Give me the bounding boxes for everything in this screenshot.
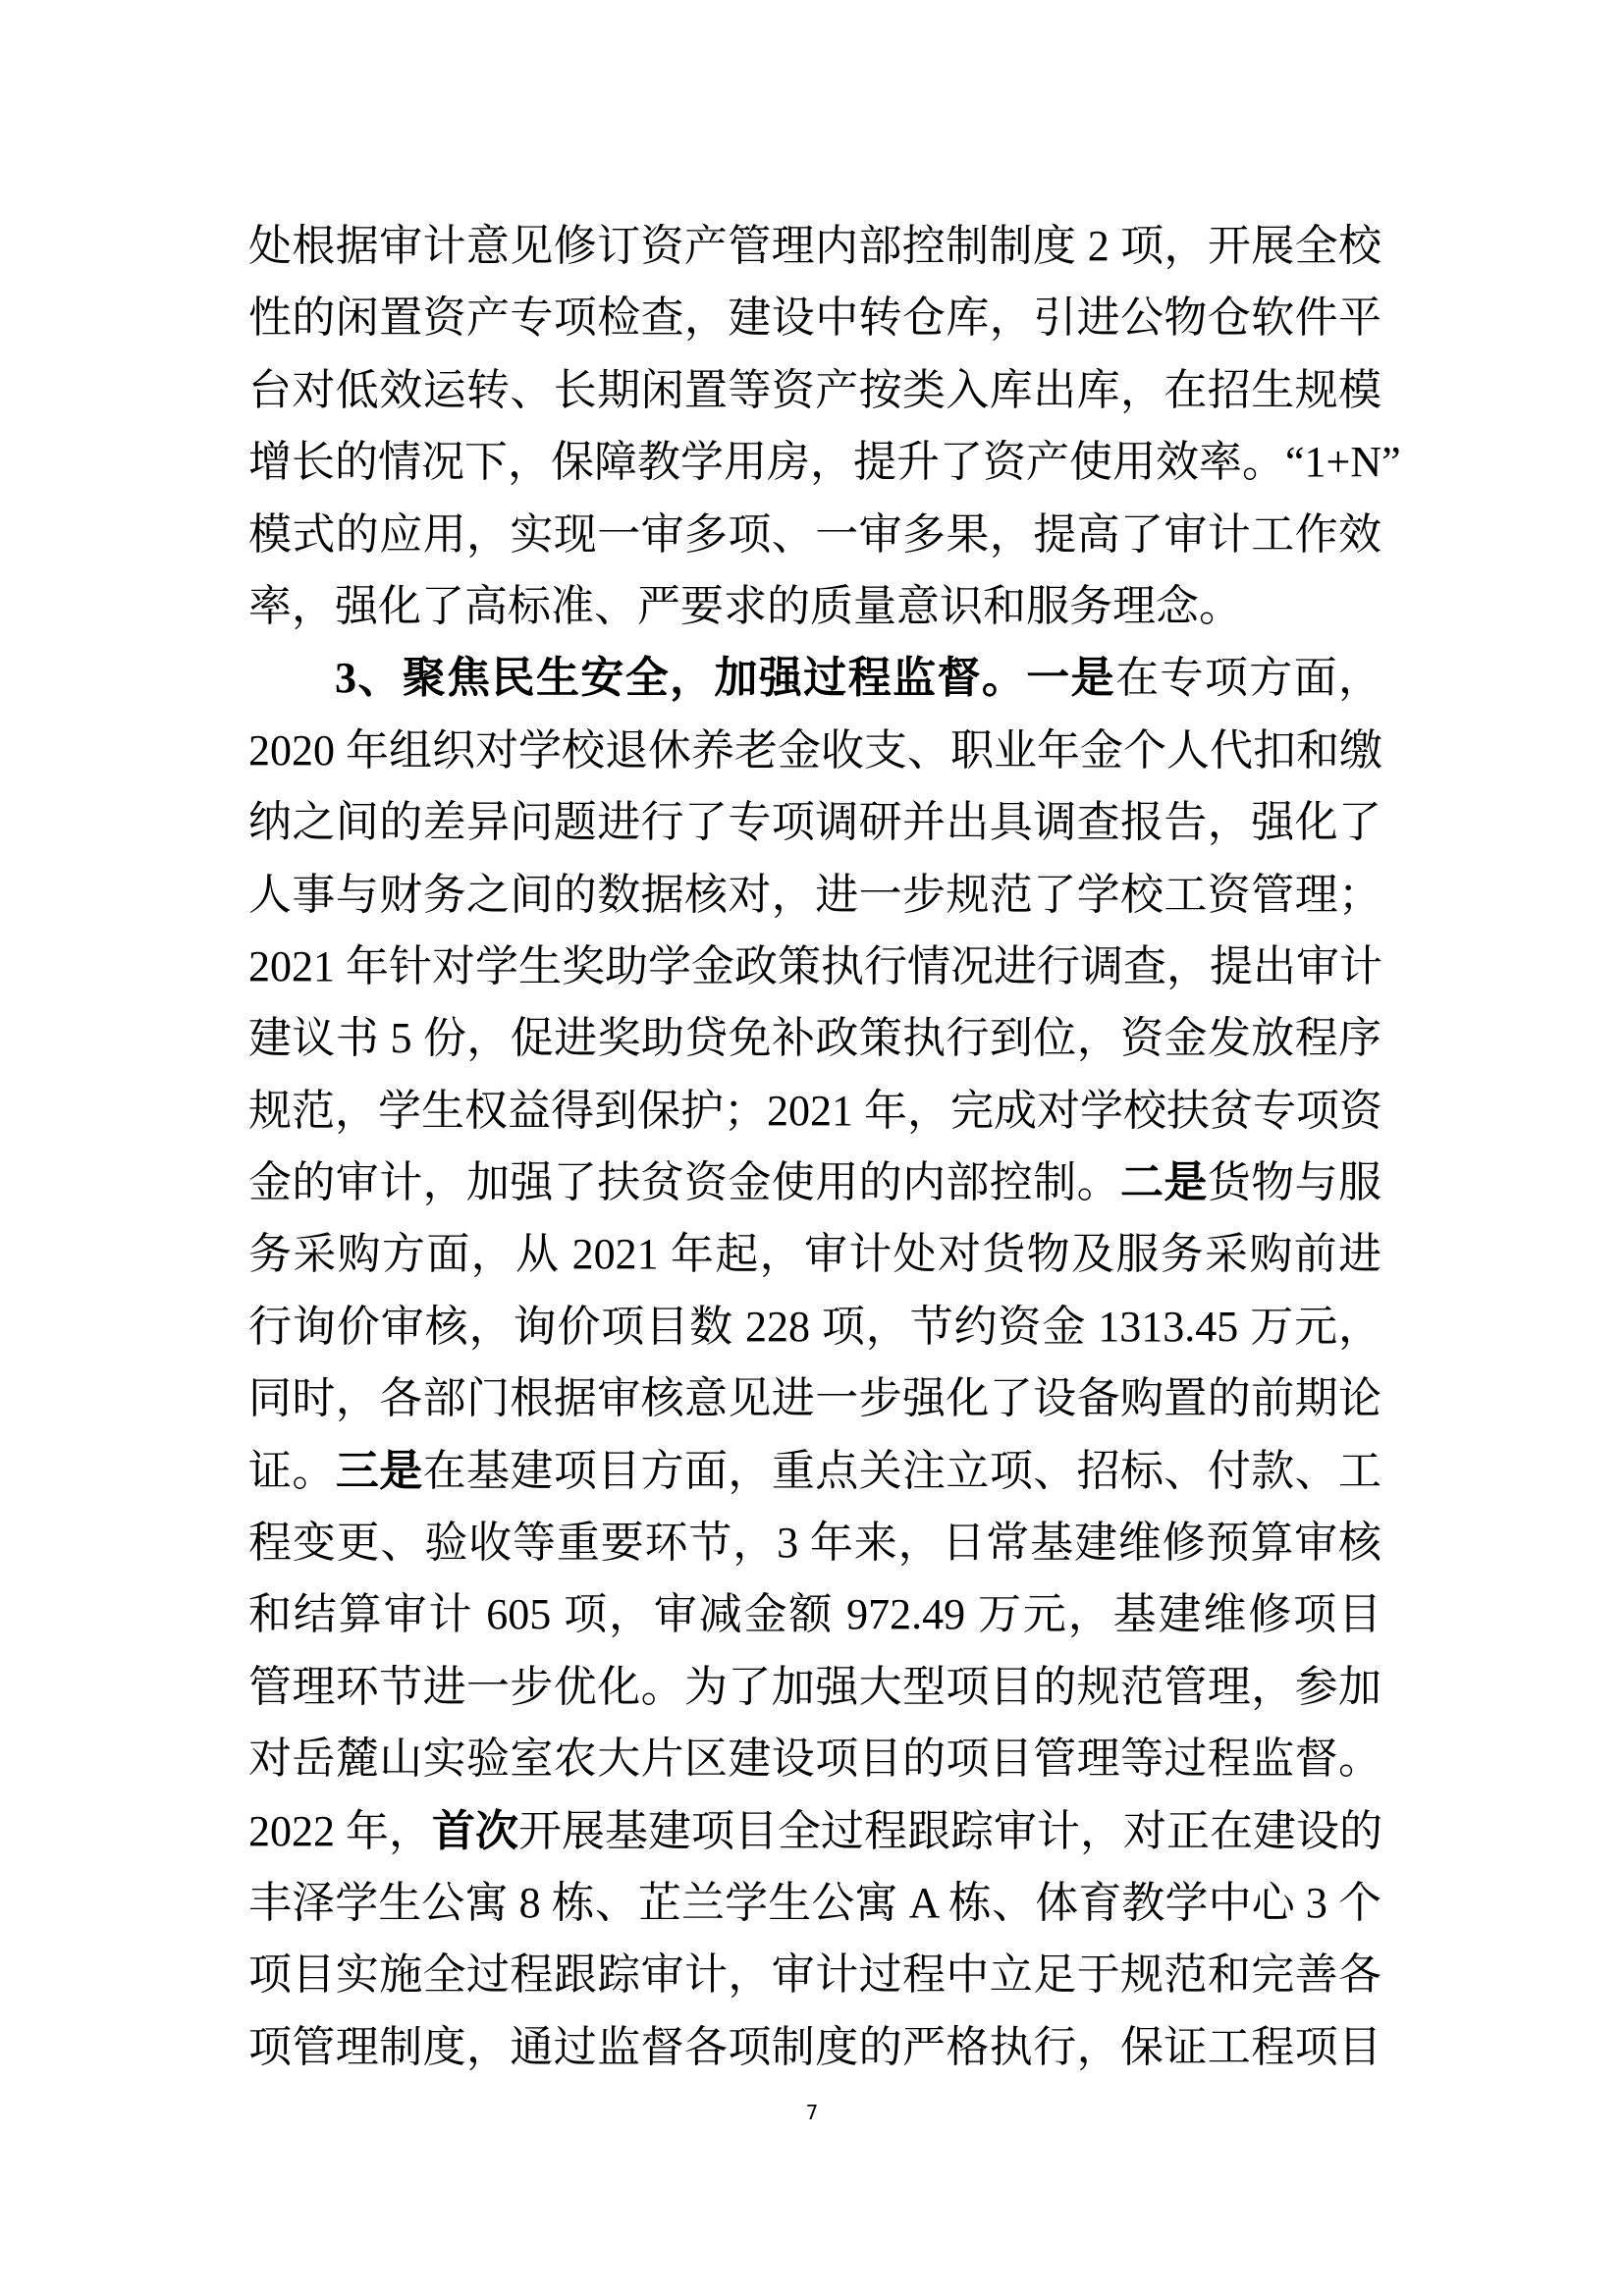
text-segment: 同时，各部门根据审核意见进一步强化了设备购置的前期论 (248, 1374, 1381, 1422)
text-segment: 务采购方面，从 2021 年起，审计处对货物及服务采购前进 (248, 1230, 1381, 1278)
text-segment: 在基建项目方面，重点关注立项、招标、付款、工 (423, 1447, 1381, 1495)
section-heading-line: 3、聚焦民生安全，加强过程监督。一是在专项方面， (248, 642, 1381, 714)
body-text: 处根据审计意见修订资产管理内部控制制度 2 项，开展全校性的闲置资产专项检查，建… (248, 210, 1381, 2083)
text-line: 纳之间的差异问题进行了专项调研并出具调查报告，强化了 (248, 786, 1381, 858)
text-line: 行询价审核，询价项目数 228 项，节约资金 1313.45 万元， (248, 1291, 1381, 1362)
text-segment: 增长的情况下，保障教学用房，提升了资产使用效率。“1+N” (248, 438, 1401, 486)
text-segment: 台对低效运转、长期闲置等资产按类入库出库，在招生规模 (248, 366, 1381, 414)
text-segment: 人事与财务之间的数据核对，进一步规范了学校工资管理； (248, 871, 1381, 919)
text-line: 建议书 5 份，促进奖助贷免补政策执行到位，资金发放程序 (248, 1002, 1381, 1074)
text-segment: 开展基建项目全过程跟踪审计，对正在建设的 (518, 1807, 1382, 1855)
text-line: 管理环节进一步优化。为了加强大型项目的规范管理，参加 (248, 1651, 1381, 1723)
text-line: 率，强化了高标准、严要求的质量意识和服务理念。 (248, 570, 1381, 642)
text-segment: 管理环节进一步优化。为了加强大型项目的规范管理，参加 (248, 1663, 1381, 1711)
text-segment: 项目实施全过程跟踪审计，审计过程中立足于规范和完善各 (248, 1950, 1381, 1999)
text-segment: 率，强化了高标准、严要求的质量意识和服务理念。 (248, 582, 1242, 630)
text-line: 模式的应用，实现一审多项、一审多果，提高了审计工作效 (248, 499, 1381, 570)
text-segment: 2020 年组织对学校退休养老金收支、职业年金个人代扣和缴 (248, 726, 1382, 774)
text-segment: 行询价审核，询价项目数 228 项，节约资金 1313.45 万元， (248, 1303, 1381, 1351)
text-line: 丰泽学生公寓 8 栋、芷兰学生公寓 A 栋、体育教学中心 3 个 (248, 1867, 1381, 1939)
text-segment: 丰泽学生公寓 8 栋、芷兰学生公寓 A 栋、体育教学中心 3 个 (248, 1879, 1381, 1927)
text-line: 性的闲置资产专项检查，建设中转仓库，引进公物仓软件平 (248, 282, 1381, 353)
text-segment: 货物与服 (1208, 1158, 1381, 1206)
bold-text: 3、聚焦民生安全，加强过程监督。 (335, 654, 1026, 702)
text-segment: 金的审计，加强了扶贫资金使用的内部控制。 (248, 1158, 1120, 1206)
text-line: 增长的情况下，保障教学用房，提升了资产使用效率。“1+N” (248, 426, 1381, 498)
text-segment: 对岳麓山实验室农大片区建设项目的项目管理等过程监督。 (248, 1735, 1381, 1783)
text-segment: 项管理制度，通过监督各项制度的严格执行，保证工程项目 (248, 2023, 1381, 2071)
text-line: 规范，学生权益得到保护；2021 年，完成对学校扶贫专项资 (248, 1075, 1381, 1147)
text-line: 对岳麓山实验室农大片区建设项目的项目管理等过程监督。 (248, 1723, 1381, 1794)
text-segment: 建议书 5 份，促进奖助贷免补政策执行到位，资金发放程序 (248, 1014, 1381, 1062)
text-segment: 2021 年针对学生奖助学金政策执行情况进行调查，提出审计 (248, 942, 1382, 990)
text-line: 台对低效运转、长期闲置等资产按类入库出库，在招生规模 (248, 354, 1381, 426)
text-line: 项目实施全过程跟踪审计，审计过程中立足于规范和完善各 (248, 1939, 1381, 2010)
page-number: 7 (0, 2101, 1624, 2124)
text-line: 务采购方面，从 2021 年起，审计处对货物及服务采购前进 (248, 1218, 1381, 1290)
text-line: 同时，各部门根据审核意见进一步强化了设备购置的前期论 (248, 1362, 1381, 1434)
text-segment: 纳之间的差异问题进行了专项调研并出具调查报告，强化了 (248, 798, 1381, 846)
text-line: 金的审计，加强了扶贫资金使用的内部控制。二是货物与服 (248, 1147, 1381, 1218)
bold-text: 三是 (336, 1447, 423, 1495)
text-segment: 模式的应用，实现一审多项、一审多果，提高了审计工作效 (248, 510, 1381, 559)
text-segment: 处根据审计意见修订资产管理内部控制制度 2 项，开展全校 (248, 222, 1381, 270)
text-segment: 程变更、验收等重要环节，3 年来，日常基建维修预算审核 (248, 1519, 1381, 1567)
text-segment: 在专项方面， (1115, 654, 1381, 702)
text-line: 2021 年针对学生奖助学金政策执行情况进行调查，提出审计 (248, 931, 1381, 1002)
text-line: 项管理制度，通过监督各项制度的严格执行，保证工程项目 (248, 2011, 1381, 2083)
bold-text: 二是 (1120, 1158, 1208, 1206)
text-line: 处根据审计意见修订资产管理内部控制制度 2 项，开展全校 (248, 210, 1381, 282)
bold-text: 一是 (1026, 654, 1115, 702)
text-line: 人事与财务之间的数据核对，进一步规范了学校工资管理； (248, 859, 1381, 931)
text-segment: 2022 年， (248, 1807, 432, 1855)
text-segment: 性的闲置资产专项检查，建设中转仓库，引进公物仓软件平 (248, 294, 1381, 342)
bold-text: 首次 (432, 1807, 518, 1855)
text-line: 证。三是在基建项目方面，重点关注立项、招标、付款、工 (248, 1435, 1381, 1507)
text-line: 和结算审计 605 项，审减金额 972.49 万元，基建维修项目 (248, 1578, 1381, 1650)
text-segment: 证。 (248, 1447, 336, 1495)
document-page: 处根据审计意见修订资产管理内部控制制度 2 项，开展全校性的闲置资产专项检查，建… (0, 0, 1624, 2296)
text-line: 2020 年组织对学校退休养老金收支、职业年金个人代扣和缴 (248, 715, 1381, 786)
text-segment: 和结算审计 605 项，审减金额 972.49 万元，基建维修项目 (248, 1590, 1381, 1638)
text-line: 2022 年，首次开展基建项目全过程跟踪审计，对正在建设的 (248, 1795, 1381, 1867)
text-line: 程变更、验收等重要环节，3 年来，日常基建维修预算审核 (248, 1507, 1381, 1578)
text-segment: 规范，学生权益得到保护；2021 年，完成对学校扶贫专项资 (248, 1087, 1382, 1135)
